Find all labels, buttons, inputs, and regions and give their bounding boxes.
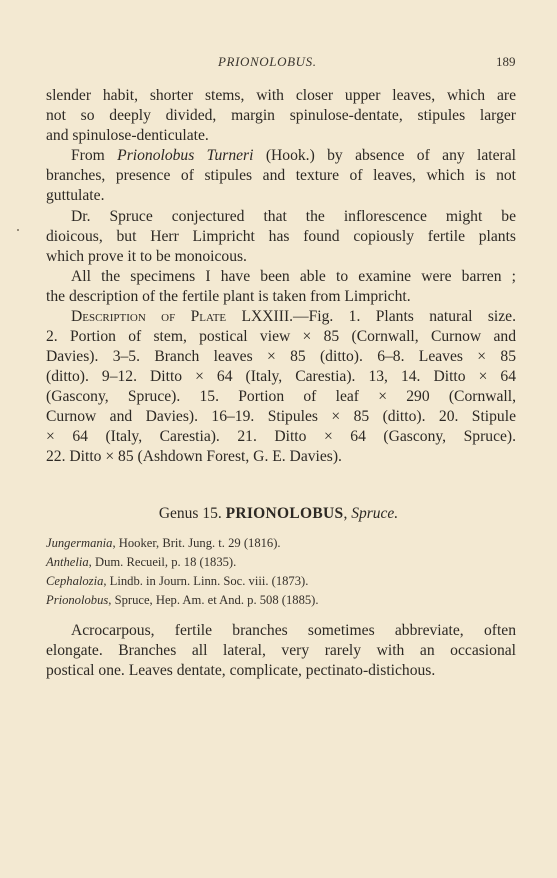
text-line: (ditto). 9–12. Ditto × 64 (Italy, Carest… <box>46 367 516 387</box>
text-span: From <box>71 147 117 164</box>
genus-author: Spruce. <box>351 505 398 522</box>
text-span: LXXIII.—Fig. 1. Plants natural size. <box>226 308 516 325</box>
text-line: 22. Ditto × 85 (Ashdown Forest, G. E. Da… <box>46 447 516 467</box>
text-line: branches, presence of stipules and textu… <box>46 166 516 186</box>
page-number: 189 <box>496 54 516 70</box>
genus-name: PRIONOLOBUS <box>226 505 344 522</box>
book-page: PRIONOLOBUS. 189 slender habit, shorter … <box>0 0 557 878</box>
running-title: PRIONOLOBUS. <box>218 54 317 70</box>
text-line: From Prionolobus Turneri (Hook.) by abse… <box>71 146 516 166</box>
text-line: and spinulose-denticulate. <box>46 126 516 146</box>
text-line: Dr. Spruce conjectured that the inflores… <box>71 207 516 227</box>
text-line: the description of the fertile plant is … <box>46 287 516 307</box>
margin-mark <box>17 229 19 231</box>
synonym-citation: , Dum. Recueil, p. 18 (1835). <box>89 555 237 569</box>
text-line: All the specimens I have been able to ex… <box>71 267 516 287</box>
synonym-genus: Prionolobus <box>46 593 108 607</box>
text-line: slender habit, shorter stems, with close… <box>46 86 516 106</box>
text-line: × 64 (Italy, Carestia). 21. Ditto × 64 (… <box>46 427 516 447</box>
synonym-genus: Anthelia <box>46 555 89 569</box>
genus-heading: Genus 15. PRIONOLOBUS, Spruce. <box>0 505 557 523</box>
plate-caption-label: Description of Plate <box>71 308 226 325</box>
synonym-line: Cephalozia, Lindb. in Journ. Linn. Soc. … <box>46 573 308 590</box>
text-line: Curnow and Davies). 16–19. Stipules × 85… <box>46 407 516 427</box>
text-line: (Gascony, Spruce). 15. Portion of leaf ×… <box>46 387 516 407</box>
synonym-genus: Jungermania <box>46 536 112 550</box>
synonym-citation: , Hooker, Brit. Jung. t. 29 (1816). <box>112 536 280 550</box>
plate-caption-line: Description of Plate LXXIII.—Fig. 1. Pla… <box>71 307 516 327</box>
text-line: not so deeply divided, margin spinulose-… <box>46 106 516 126</box>
text-line: Davies). 3–5. Branch leaves × 85 (ditto)… <box>46 347 516 367</box>
synonym-line: Prionolobus, Spruce, Hep. Am. et And. p.… <box>46 592 319 609</box>
text-line: 2. Portion of stem, postical view × 85 (… <box>46 327 516 347</box>
text-line: postical one. Leaves dentate, complicate… <box>46 661 516 681</box>
synonym-line: Anthelia, Dum. Recueil, p. 18 (1835). <box>46 554 236 571</box>
text-line: Acrocarpous, fertile branches sometimes … <box>71 621 516 641</box>
synonym-citation: , Spruce, Hep. Am. et And. p. 508 (1885)… <box>108 593 318 607</box>
text-line: which prove it to be monoicous. <box>46 247 516 267</box>
synonym-citation: , Lindb. in Journ. Linn. Soc. viii. (187… <box>103 574 308 588</box>
text-line: dioicous, but Herr Limpricht has found c… <box>46 227 516 247</box>
synonym-line: Jungermania, Hooker, Brit. Jung. t. 29 (… <box>46 535 281 552</box>
genus-prefix: Genus 15. <box>159 505 226 522</box>
synonym-genus: Cephalozia <box>46 574 103 588</box>
text-span: (Hook.) by absence of any lateral <box>253 147 516 164</box>
text-line: guttulate. <box>46 186 516 206</box>
species-name: Prionolobus Turneri <box>117 147 253 164</box>
text-line: elongate. Branches all lateral, very rar… <box>46 641 516 661</box>
